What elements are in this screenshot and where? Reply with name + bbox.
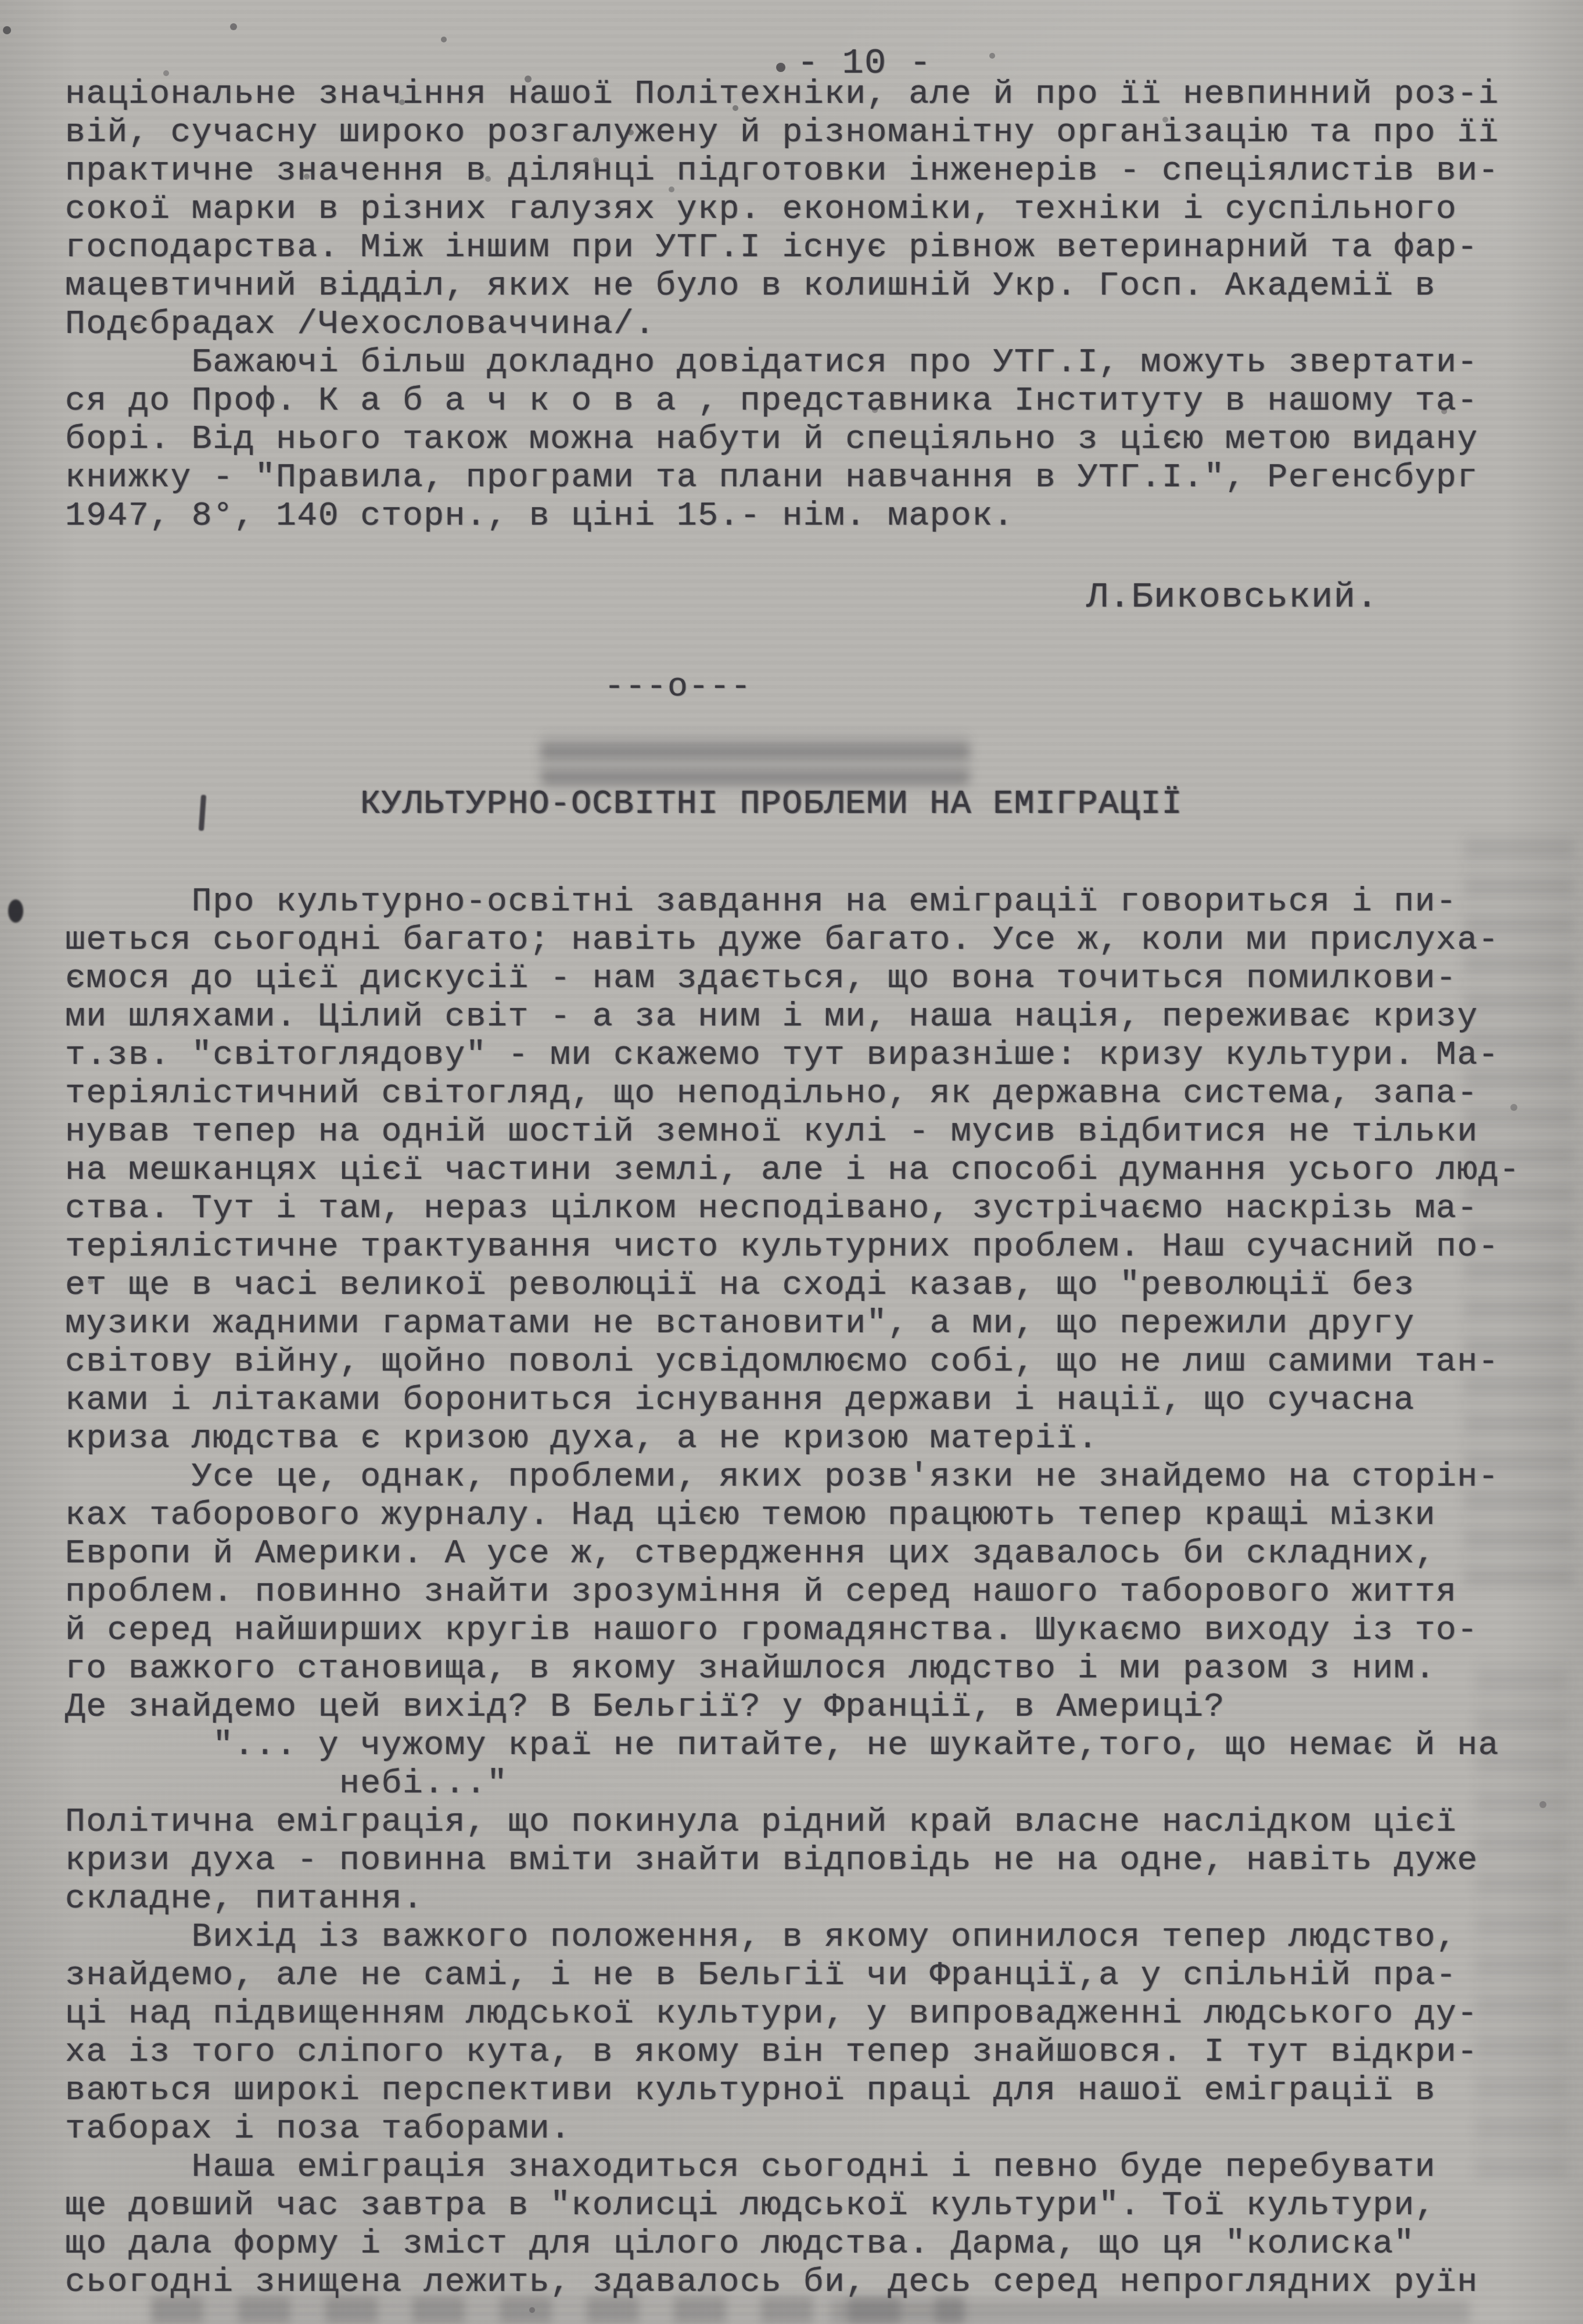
article-quote: "... у чужому краї не питайте, не шукайт…	[65, 1727, 1583, 1803]
bleed-through-smudge	[540, 733, 970, 786]
section-divider: ---о---	[604, 668, 752, 706]
article-paragraph-1: Про культурно-освітні завдання на емігра…	[65, 883, 1583, 1458]
scanned-typewritten-page: - 10 - національне значіння нашої Політе…	[0, 0, 1583, 2324]
stray-ink-mark	[199, 795, 206, 831]
article-paragraph-4: Вихід із важкого положення, в якому опин…	[65, 1918, 1583, 2149]
author-signature: Л.Биковський.	[1086, 578, 1379, 616]
bleed-through-smudge	[831, 2300, 1470, 2324]
ink-blot	[8, 899, 23, 923]
paragraph-continuation: національне значіння нашої Політехніки, …	[65, 76, 1583, 344]
article-paragraph-2: Усе це, однак, проблеми, яких розв'язки …	[65, 1458, 1583, 1727]
article-paragraph-5: Наша еміграція знаходиться сьогодні і пе…	[65, 2149, 1583, 2302]
article-title: КУЛЬТУРНО-ОСВІТНІ ПРОБЛЕМИ НА ЕМІГРАЦІЇ	[360, 786, 1522, 824]
article-paragraph-3: Політична еміграція, що покинула рідний …	[65, 1803, 1583, 1918]
ink-specks	[0, 0, 5, 5]
paragraph-institute-info: Бажаючі більш докладно довідатися про УТ…	[65, 344, 1583, 536]
